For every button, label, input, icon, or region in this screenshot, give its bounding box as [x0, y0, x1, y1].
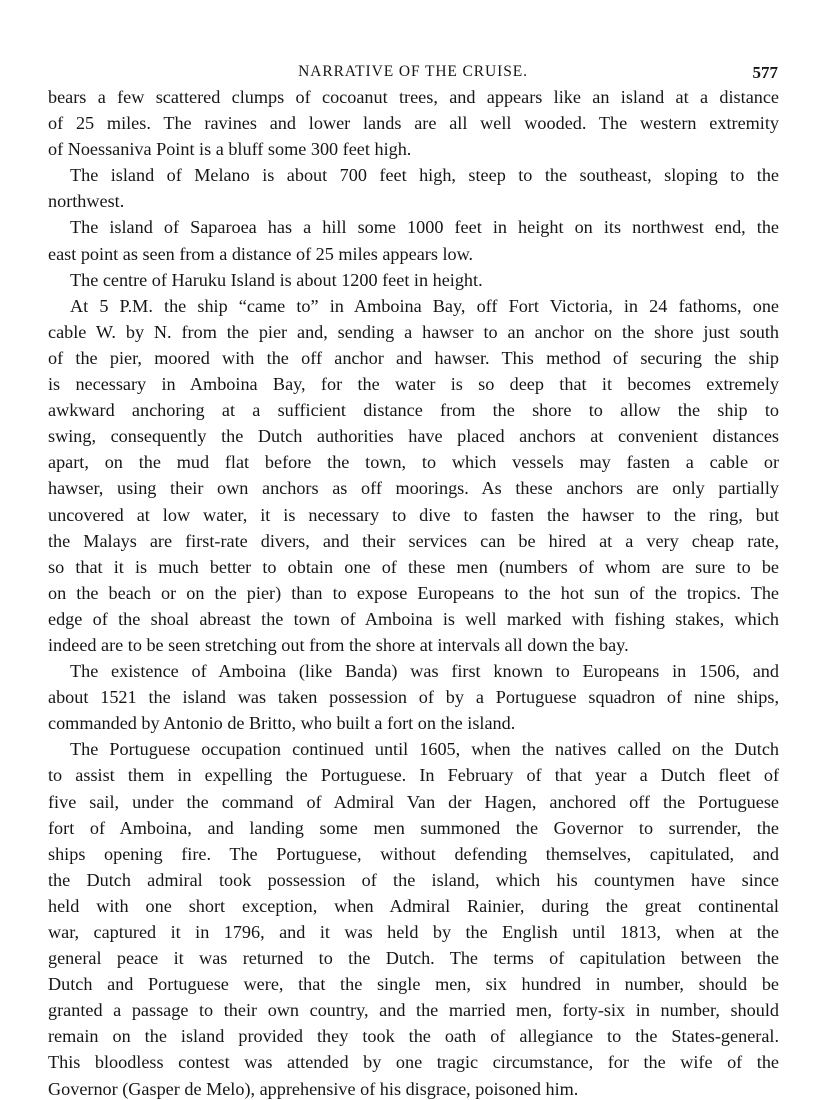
paragraph: The island of Saparoea has a hill some 1…: [48, 214, 779, 266]
text-line: The existence of Amboina (like Banda) wa…: [48, 658, 779, 684]
text-line: so that it is much better to obtain one …: [48, 554, 779, 580]
text-line: The Portuguese occupation continued unti…: [48, 736, 779, 762]
text-line: ships opening fire. The Portuguese, with…: [48, 841, 779, 867]
text-line: The centre of Haruku Island is about 120…: [48, 267, 779, 293]
text-line: awkward anchoring at a sufficient distan…: [48, 397, 779, 423]
paragraph: The Portuguese occupation continued unti…: [48, 736, 779, 1100]
paragraph: The existence of Amboina (like Banda) wa…: [48, 658, 779, 736]
text-line: the Dutch admiral took possession of the…: [48, 867, 779, 893]
paragraph: At 5 P.M. the ship “came to” in Amboina …: [48, 293, 779, 658]
text-line: five sail, under the command of Admiral …: [48, 789, 779, 815]
text-line: northwest.: [48, 188, 779, 214]
text-line: held with one short exception, when Admi…: [48, 893, 779, 919]
text-line: swing, consequently the Dutch authoritie…: [48, 423, 779, 449]
text-line: At 5 P.M. the ship “came to” in Amboina …: [48, 293, 779, 319]
text-line: east point as seen from a distance of 25…: [48, 241, 779, 267]
running-title: NARRATIVE OF THE CRUISE.: [48, 63, 778, 81]
text-line: fort of Amboina, and landing some men su…: [48, 815, 779, 841]
page-body: bears a few scattered clumps of cocoanut…: [48, 84, 779, 1100]
text-line: This bloodless contest was attended by o…: [48, 1049, 779, 1075]
text-line: apart, on the mud flat before the town, …: [48, 449, 779, 475]
text-line: cable W. by N. from the pier and, sendin…: [48, 319, 779, 345]
text-line: is necessary in Amboina Bay, for the wat…: [48, 371, 779, 397]
text-line: on the beach or on the pier) than to exp…: [48, 580, 779, 606]
text-line: of the pier, moored with the off anchor …: [48, 345, 779, 371]
text-line: bears a few scattered clumps of cocoanut…: [48, 84, 779, 110]
text-line: The island of Saparoea has a hill some 1…: [48, 214, 779, 240]
text-line: to assist them in expelling the Portugue…: [48, 762, 779, 788]
page-number: 577: [753, 63, 779, 83]
paragraph: The island of Melano is about 700 feet h…: [48, 162, 779, 214]
text-line: hawser, using their own anchors as off m…: [48, 475, 779, 501]
text-line: edge of the shoal abreast the town of Am…: [48, 606, 779, 632]
paragraph: The centre of Haruku Island is about 120…: [48, 267, 779, 293]
text-line: remain on the island provided they took …: [48, 1023, 779, 1049]
text-line: general peace it was returned to the Dut…: [48, 945, 779, 971]
text-line: granted a passage to their own country, …: [48, 997, 779, 1023]
text-line: the Malays are first-rate divers, and th…: [48, 528, 779, 554]
text-line: uncovered at low water, it is necessary …: [48, 502, 779, 528]
text-line: war, captured it in 1796, and it was hel…: [48, 919, 779, 945]
text-line: Governor (Gasper de Melo), apprehensive …: [48, 1076, 779, 1100]
text-line: Dutch and Portuguese were, that the sing…: [48, 971, 779, 997]
text-line: The island of Melano is about 700 feet h…: [48, 162, 779, 188]
text-line: of 25 miles. The ravines and lower lands…: [48, 110, 779, 136]
text-line: indeed are to be seen stretching out fro…: [48, 632, 779, 658]
text-line: commanded by Antonio de Britto, who buil…: [48, 710, 779, 736]
paragraph: bears a few scattered clumps of cocoanut…: [48, 84, 779, 162]
text-line: about 1521 the island was taken possessi…: [48, 684, 779, 710]
text-line: of Noessaniva Point is a bluff some 300 …: [48, 136, 779, 162]
